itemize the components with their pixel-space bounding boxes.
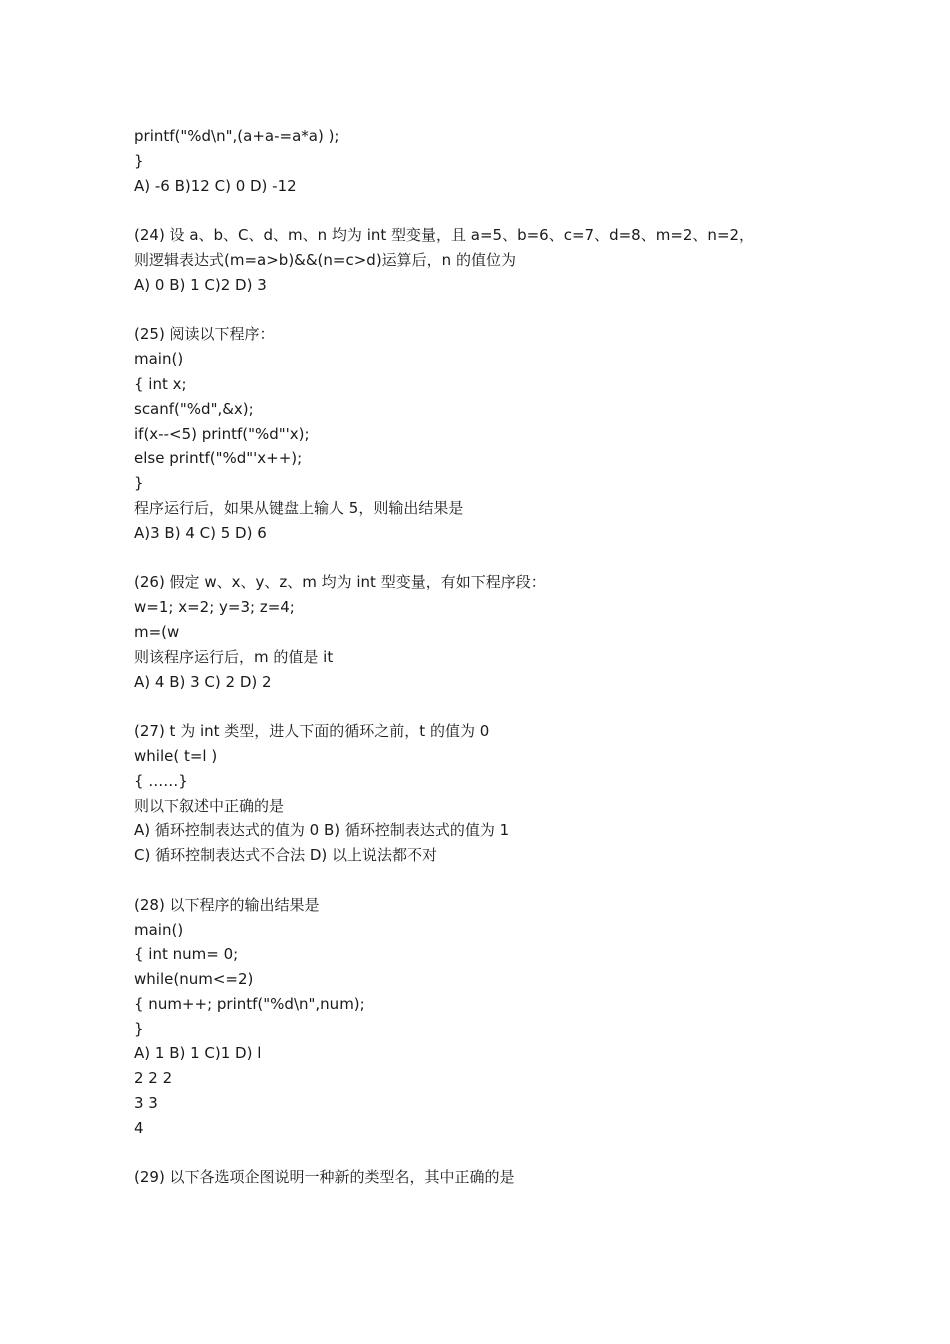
question-28: (28) 以下程序的输出结果是 main() { int num= 0; whi… xyxy=(134,893,894,1141)
code-line: while(num<=2) xyxy=(134,967,894,992)
question-text: (27) t 为 int 类型，进人下面的循环之前，t 的值为 0 xyxy=(134,719,894,744)
code-line: main() xyxy=(134,918,894,943)
answer-options: A) -6 B)12 C) 0 D) -12 xyxy=(134,174,894,199)
code-line: } xyxy=(134,471,894,496)
answer-options: 3 3 xyxy=(134,1091,894,1116)
code-line: { int x; xyxy=(134,372,894,397)
question-text: 则该程序运行后，m 的值是 it xyxy=(134,645,894,670)
answer-options: A)3 B) 4 C) 5 D) 6 xyxy=(134,521,894,546)
spacer xyxy=(134,298,894,323)
code-line: m=(w xyxy=(134,620,894,645)
code-line: { int num= 0; xyxy=(134,942,894,967)
question-text: (28) 以下程序的输出结果是 xyxy=(134,893,894,918)
question-text: 则逻辑表达式(m=a>b)&&(n=c>d)运算后，n 的值位为 xyxy=(134,248,894,273)
spacer xyxy=(134,868,894,893)
question-text: (29) 以下各选项企图说明一种新的类型名，其中正确的是 xyxy=(134,1165,894,1190)
answer-options: A) 0 B) 1 C)2 D) 3 xyxy=(134,273,894,298)
question-29: (29) 以下各选项企图说明一种新的类型名，其中正确的是 xyxy=(134,1165,894,1190)
code-line: } xyxy=(134,1017,894,1042)
question-text: 则以下叙述中正确的是 xyxy=(134,794,894,819)
code-line: printf("%d\n",(a+a-=a*a) ); xyxy=(134,124,894,149)
answer-options: A) 循环控制表达式的值为 0 B) 循环控制表达式的值为 1 xyxy=(134,818,894,843)
answer-options: C) 循环控制表达式不合法 D) 以上说法都不对 xyxy=(134,843,894,868)
answer-options: A) 1 B) 1 C)1 D) l xyxy=(134,1041,894,1066)
code-line: { ……} xyxy=(134,769,894,794)
document-page: printf("%d\n",(a+a-=a*a) ); } A) -6 B)12… xyxy=(134,124,894,1190)
code-line: { num++; printf("%d\n",num); xyxy=(134,992,894,1017)
code-line: if(x--<5) printf("%d"'x); xyxy=(134,422,894,447)
code-line: scanf("%d",&x); xyxy=(134,397,894,422)
spacer xyxy=(134,694,894,719)
question-text: (26) 假定 w、x、y、z、m 均为 int 型变量，有如下程序段： xyxy=(134,570,894,595)
question-text: (25) 阅读以下程序： xyxy=(134,322,894,347)
question-text: (24) 设 a、b、C、d、m、n 均为 int 型变量，且 a=5、b=6、… xyxy=(134,223,894,248)
answer-options: 4 xyxy=(134,1116,894,1141)
code-line: while( t=l ) xyxy=(134,744,894,769)
spacer xyxy=(134,1141,894,1166)
question-text: 程序运行后，如果从键盘上输人 5，则输出结果是 xyxy=(134,496,894,521)
question-23-tail: printf("%d\n",(a+a-=a*a) ); } A) -6 B)12… xyxy=(134,124,894,198)
question-27: (27) t 为 int 类型，进人下面的循环之前，t 的值为 0 while(… xyxy=(134,719,894,868)
question-26: (26) 假定 w、x、y、z、m 均为 int 型变量，有如下程序段： w=1… xyxy=(134,570,894,694)
code-line: main() xyxy=(134,347,894,372)
question-24: (24) 设 a、b、C、d、m、n 均为 int 型变量，且 a=5、b=6、… xyxy=(134,223,894,297)
spacer xyxy=(134,546,894,571)
question-25: (25) 阅读以下程序： main() { int x; scanf("%d",… xyxy=(134,322,894,545)
answer-options: 2 2 2 xyxy=(134,1066,894,1091)
code-line: else printf("%d"'x++); xyxy=(134,446,894,471)
code-line: w=1; x=2; y=3; z=4; xyxy=(134,595,894,620)
answer-options: A) 4 B) 3 C) 2 D) 2 xyxy=(134,670,894,695)
spacer xyxy=(134,198,894,223)
code-line: } xyxy=(134,149,894,174)
